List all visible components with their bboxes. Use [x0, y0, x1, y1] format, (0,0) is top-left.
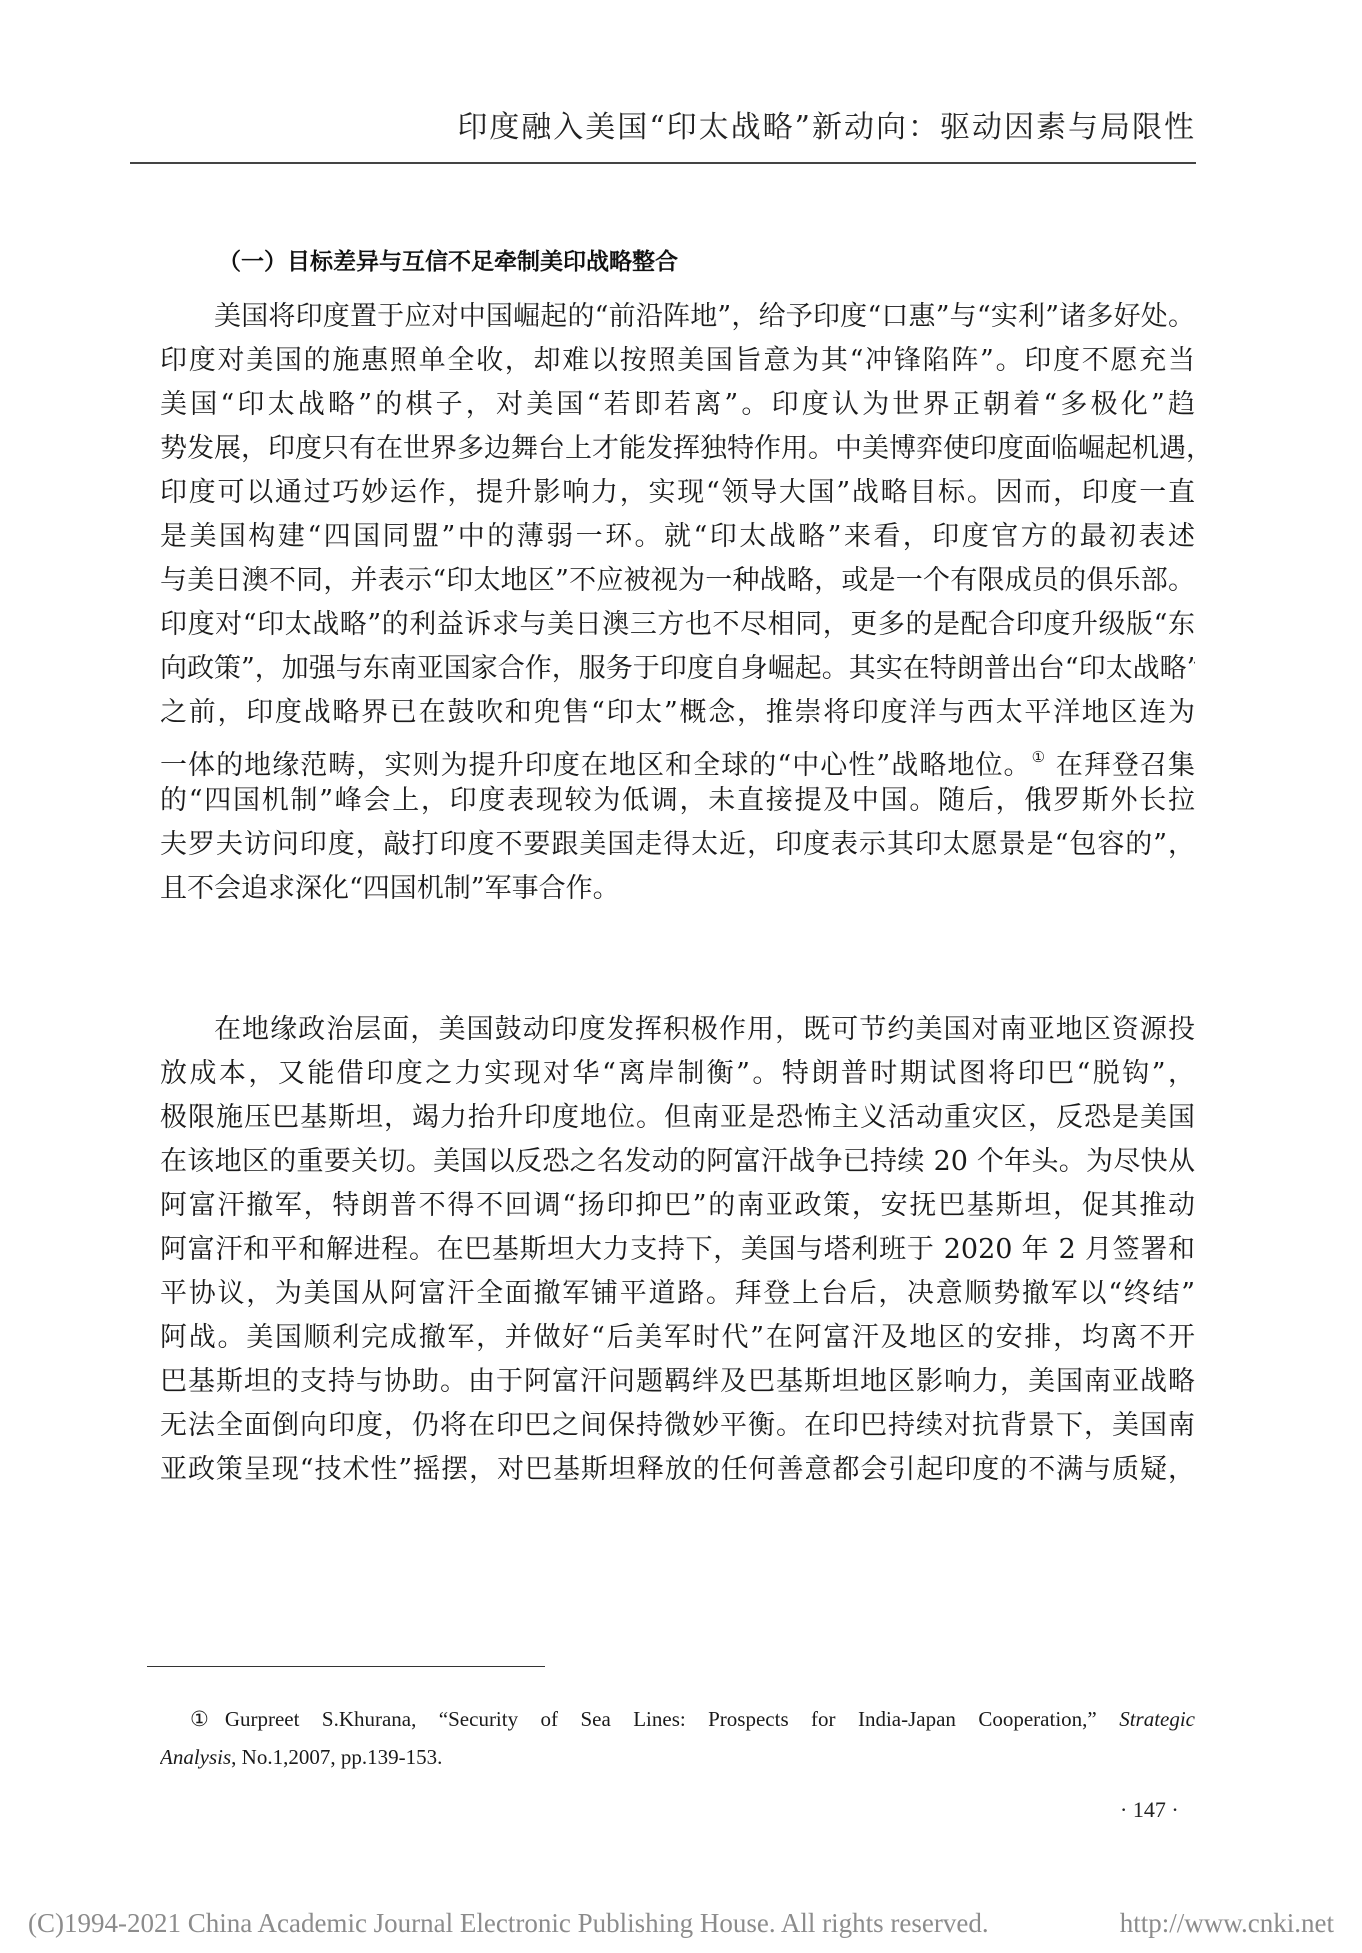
section-heading: （一）目标差异与互信不足牵制美印战略整合 — [218, 244, 678, 280]
footnote-reference[interactable]: ① — [1032, 748, 1047, 766]
text-line: 美国将印度置于应对中国崛起的“前沿阵地”，给予印度“口惠”与“实利”诸多好处。 — [160, 295, 1195, 339]
footnote-citation: Gurpreet S.Khurana, “Security of Sea Lin… — [225, 1707, 1097, 1731]
copyright-watermark: (C)1994-2021 China Academic Journal Elec… — [0, 1908, 1362, 1939]
text-line: 印度对美国的施惠照单全收，却难以按照美国旨意为其“冲锋陷阵”。印度不愿充当 — [160, 339, 1195, 383]
text-line: 在该地区的重要关切。美国以反恐之名发动的阿富汗战争已持续 20 个年头。为尽快从 — [160, 1140, 1195, 1184]
text-line: 向政策”，加强与东南亚国家合作，服务于印度自身崛起。其实在特朗普出台“印太战略” — [160, 647, 1195, 691]
text-line: 且不会追求深化“四国机制”军事合作。 — [160, 867, 1195, 911]
footnote-line: ①Gurpreet S.Khurana, “Security of Sea Li… — [160, 1700, 1195, 1738]
text-line: 在地缘政治层面，美国鼓动印度发挥积极作用，既可节约美国对南亚地区资源投 — [160, 1008, 1195, 1052]
text-line: 放成本，又能借印度之力实现对华“离岸制衡”。特朗普时期试图将印巴“脱钩”， — [160, 1052, 1195, 1096]
text-line-with-footnote: 一体的地缘范畴，实则为提升印度在地区和全球的“中心性”战略地位。① 在拜登召集 — [160, 735, 1195, 779]
copyright-text: (C)1994-2021 China Academic Journal Elec… — [28, 1908, 989, 1939]
text-line: 与美日澳不同，并表示“印太地区”不应被视为一种战略，或是一个有限成员的俱乐部。 — [160, 559, 1195, 603]
footnote-separator — [147, 1666, 545, 1667]
footnote-journal: Strategic — [1119, 1707, 1195, 1731]
header-rule — [130, 162, 1196, 164]
text-line: 阿战。美国顺利完成撤军，并做好“后美军时代”在阿富汗及地区的安排，均离不开 — [160, 1316, 1195, 1360]
text-line: 印度对“印太战略”的利益诉求与美日澳三方也不尽相同，更多的是配合印度升级版“东 — [160, 603, 1195, 647]
text-line: 平协议，为美国从阿富汗全面撤军铺平道路。拜登上台后，决意顺势撤军以“终结” — [160, 1272, 1195, 1316]
footnote: ①Gurpreet S.Khurana, “Security of Sea Li… — [160, 1700, 1195, 1776]
footnote-line: Analysis, No.1,2007, pp.139-153. — [160, 1738, 1195, 1776]
text-line: 印度可以通过巧妙运作，提升影响力，实现“领导大国”战略目标。因而，印度一直 — [160, 471, 1195, 515]
text-line: 的“四国机制”峰会上，印度表现较为低调，未直接提及中国。随后，俄罗斯外长拉 — [160, 779, 1195, 823]
text-line: 极限施压巴基斯坦，竭力抬升印度地位。但南亚是恐怖主义活动重灾区，反恐是美国 — [160, 1096, 1195, 1140]
paragraph-2: 在地缘政治层面，美国鼓动印度发挥积极作用，既可节约美国对南亚地区资源投 放成本，… — [160, 1008, 1195, 1492]
page-number: · 147 · — [1120, 1797, 1179, 1823]
text-line: 之前，印度战略界已在鼓吹和兜售“印太”概念，推崇将印度洋与西太平洋地区连为 — [160, 691, 1195, 735]
text-line: 势发展，印度只有在世界多边舞台上才能发挥独特作用。中美博弈使印度面临崛起机遇， — [160, 427, 1195, 471]
text-line: 是美国构建“四国同盟”中的薄弱一环。就“印太战略”来看，印度官方的最初表述 — [160, 515, 1195, 559]
text-line: 阿富汗和平和解进程。在巴基斯坦大力支持下，美国与塔利班于 2020 年 2 月签… — [160, 1228, 1195, 1272]
footnote-citation-tail: , No.1,2007, pp.139-153. — [231, 1745, 442, 1769]
text-line: 美国“印太战略”的棋子，对美国“若即若离”。印度认为世界正朝着“多极化”趋 — [160, 383, 1195, 427]
text-line: 夫罗夫访问印度，敲打印度不要跟美国走得太近，印度表示其印太愿景是“包容的”， — [160, 823, 1195, 867]
cnki-url[interactable]: http://www.cnki.net — [1120, 1908, 1334, 1939]
running-head-title: 印度融入美国“印太战略”新动向：驱动因素与局限性 — [130, 108, 1196, 148]
text-line: 无法全面倒向印度，仍将在印巴之间保持微妙平衡。在印巴持续对抗背景下，美国南 — [160, 1404, 1195, 1448]
paragraph-1: 美国将印度置于应对中国崛起的“前沿阵地”，给予印度“口惠”与“实利”诸多好处。 … — [160, 295, 1195, 911]
footnote-journal: Analysis — [160, 1745, 231, 1769]
text-line: 阿富汗撤军，特朗普不得不回调“扬印抑巴”的南亚政策，安抚巴基斯坦，促其推动 — [160, 1184, 1195, 1228]
text-line: 巴基斯坦的支持与协助。由于阿富汗问题羁绊及巴基斯坦地区影响力，美国南亚战略 — [160, 1360, 1195, 1404]
footnote-marker: ① — [190, 1700, 209, 1738]
text-segment: 在拜登召集 — [1056, 750, 1195, 779]
text-segment: 一体的地缘范畴，实则为提升印度在地区和全球的“中心性”战略地位。 — [160, 750, 1032, 779]
text-line: 亚政策呈现“技术性”摇摆，对巴基斯坦释放的任何善意都会引起印度的不满与质疑， — [160, 1448, 1195, 1492]
